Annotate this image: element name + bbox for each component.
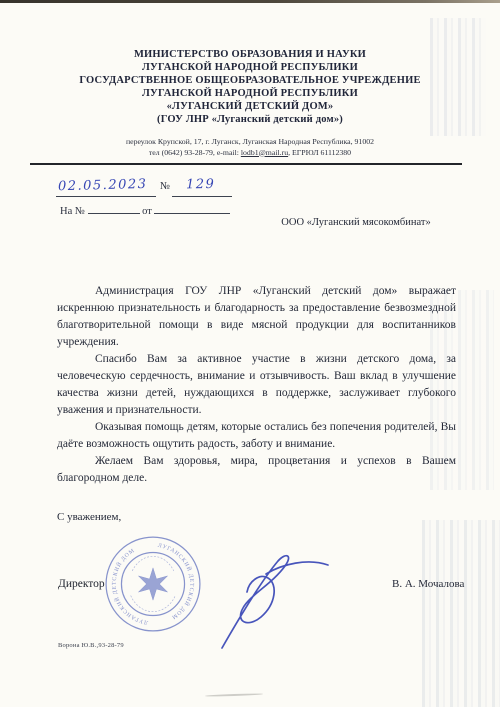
- reply-prefix-label: На №: [60, 206, 85, 217]
- reply-reference-line: На № от: [60, 202, 230, 217]
- letterhead-line: «ЛУГАНСКИЙ ДЕТСКИЙ ДОМ»: [30, 100, 470, 113]
- reply-ot-label: от: [142, 206, 152, 217]
- letterhead-address: переулок Крупской, 17, г. Луганск, Луган…: [30, 137, 470, 158]
- letterhead-line: ЛУГАНСКОЙ НАРОДНОЙ РЕСПУБЛИКИ: [30, 87, 470, 100]
- recipient: ООО «Луганский мясокомбинат»: [258, 217, 454, 228]
- reply-number-blank: [88, 202, 140, 214]
- scan-artifact: [422, 520, 500, 707]
- reply-date-blank: [154, 202, 230, 214]
- signer-name: В. А. Мочалова: [392, 578, 464, 590]
- address-contact-text: тел (0642) 93-28-79, e-mail:: [149, 148, 241, 157]
- signature-scribble: [216, 548, 346, 652]
- letter-page: МИНИСТЕРСТВО ОБРАЗОВАНИЯ И НАУКИ ЛУГАНСК…: [0, 0, 500, 707]
- number-underline: [172, 196, 232, 197]
- round-stamp: ЛУГАНСКИЙ ДЕТСКИЙ ДОМ ЛУГАНСКИЙ ДЕТСКИЙ …: [103, 534, 203, 634]
- scan-top-edge-artifact: [0, 0, 500, 3]
- paragraph-orphans: Оказывая помощь детям, которые остались …: [57, 419, 456, 453]
- email-link: lodb1@mail.ru: [241, 148, 288, 157]
- address-line: переулок Крупской, 17, г. Луганск, Луган…: [30, 137, 470, 148]
- salutation: С уважением,: [57, 511, 121, 523]
- letter-body: Администрация ГОУ ЛНР «Луганский детский…: [57, 283, 456, 487]
- executor-note: Ворона Ю.В.,93-28-79: [58, 642, 124, 649]
- letterhead: МИНИСТЕРСТВО ОБРАЗОВАНИЯ И НАУКИ ЛУГАНСК…: [30, 48, 470, 126]
- letterhead-line: ГОСУДАРСТВЕННОЕ ОБЩЕОБРАЗОВАТЕЛЬНОЕ УЧРЕ…: [30, 74, 470, 87]
- paragraph-wishes: Желаем Вам здоровья, мира, процветания и…: [57, 453, 456, 487]
- stamp-emblem-star: [138, 568, 167, 600]
- letterhead-line: (ГОУ ЛНР «Луганский детский дом»): [30, 113, 470, 126]
- paragraph-thanks: Спасибо Вам за активное участие в жизни …: [57, 351, 456, 419]
- letterhead-divider-rule: [30, 163, 462, 165]
- letterhead-line: ЛУГАНСКОЙ НАРОДНОЙ РЕСПУБЛИКИ: [30, 61, 470, 74]
- address-line: тел (0642) 93-28-79, e-mail: lodb1@mail.…: [30, 148, 470, 159]
- address-egrul-text: , ЕГРЮЛ 61112380: [288, 148, 351, 157]
- handwritten-date: 02.05.2023: [58, 177, 154, 195]
- letterhead-line: МИНИСТЕРСТВО ОБРАЗОВАНИЯ И НАУКИ: [30, 48, 470, 61]
- handwritten-number: 129: [186, 177, 236, 193]
- scan-artifact: [205, 693, 263, 697]
- paragraph-gratitude: Администрация ГОУ ЛНР «Луганский детский…: [57, 283, 456, 351]
- number-sign-label: №: [160, 181, 170, 192]
- signer-position: Директор: [58, 578, 105, 590]
- date-underline: [56, 196, 156, 197]
